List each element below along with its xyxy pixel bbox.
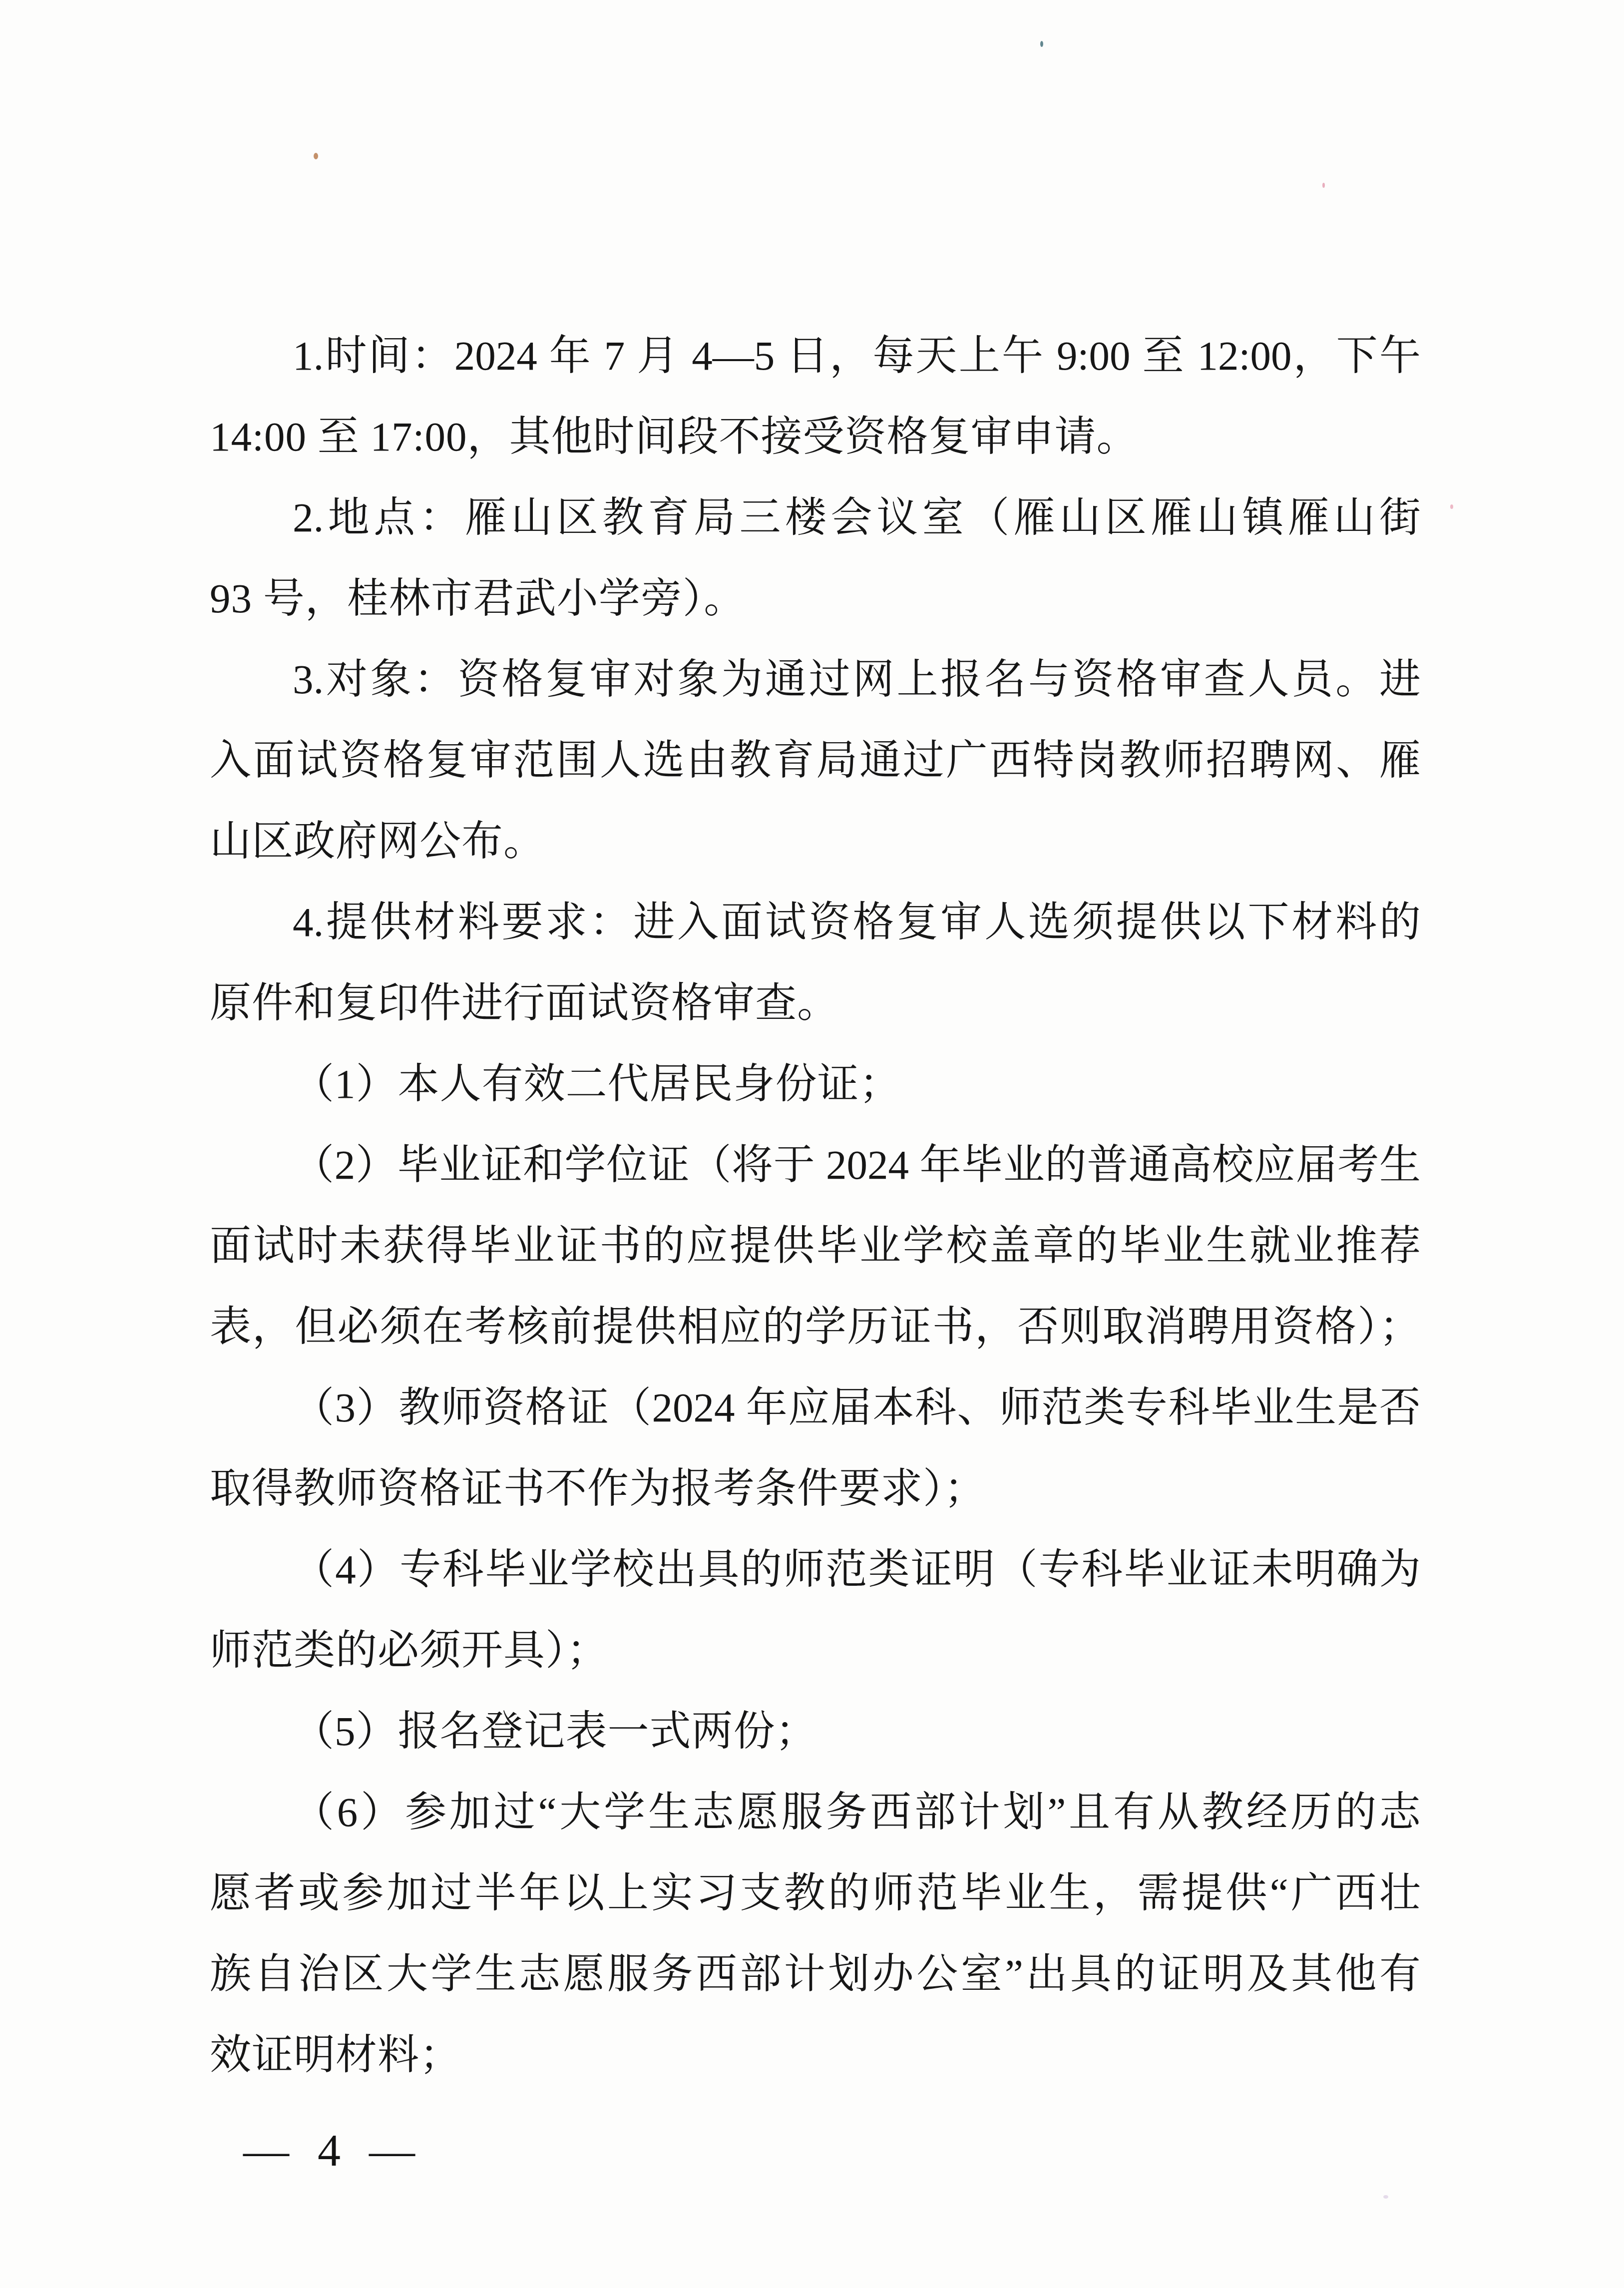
document-line: 族自治区大学生志愿服务西部计划办公室”出具的证明及其他有 <box>210 1933 1421 2014</box>
document-line: 2.地点：雁山区教育局三楼会议室（雁山区雁山镇雁山街 <box>210 477 1421 558</box>
document-line: 取得教师资格证书不作为报考条件要求）； <box>210 1448 1421 1529</box>
document-line: 93 号，桂林市君武小学旁）。 <box>210 558 1421 639</box>
document-line: 师范类的必须开具）； <box>210 1610 1421 1691</box>
document-line: 面试时未获得毕业证书的应提供毕业学校盖章的毕业生就业推荐 <box>210 1205 1421 1286</box>
document-line: （4）专科毕业学校出具的师范类证明（专科毕业证未明确为 <box>210 1529 1421 1610</box>
document-line: 3.对象：资格复审对象为通过网上报名与资格审查人员。进 <box>210 639 1421 720</box>
scan-speck <box>1383 2195 1388 2199</box>
scan-speck <box>1450 504 1453 509</box>
page-number: — 4 — <box>243 2120 417 2180</box>
document-line: 4.提供材料要求：进入面试资格复审人选须提供以下材料的 <box>210 882 1421 962</box>
document-line: 入面试资格复审范围人选由教育局通过广西特岗教师招聘网、雁 <box>210 720 1421 801</box>
document-line: 原件和复印件进行面试资格审查。 <box>210 962 1421 1043</box>
document-line: （3）教师资格证（2024 年应届本科、师范类专科毕业生是否 <box>210 1367 1421 1448</box>
document-line: （1）本人有效二代居民身份证； <box>210 1043 1421 1124</box>
document-line: 表，但必须在考核前提供相应的学历证书，否则取消聘用资格）； <box>210 1286 1421 1367</box>
document-line: 14:00 至 17:00，其他时间段不接受资格复审申请。 <box>210 396 1421 477</box>
scanned-document-page: 1.时间：2024 年 7 月 4—5 日，每天上午 9:00 至 12:00，… <box>0 0 1624 2288</box>
document-line: 效证明材料； <box>210 2014 1421 2095</box>
document-line: （6）参加过“大学生志愿服务西部计划”且有从教经历的志 <box>210 1772 1421 1852</box>
document-line: 山区政府网公布。 <box>210 801 1421 882</box>
scan-speck <box>1040 41 1043 47</box>
document-line: 1.时间：2024 年 7 月 4—5 日，每天上午 9:00 至 12:00，… <box>210 315 1421 396</box>
document-line: 愿者或参加过半年以上实习支教的师范毕业生，需提供“广西壮 <box>210 1852 1421 1933</box>
scan-speck <box>1322 183 1325 188</box>
document-line: （2）毕业证和学位证（将于 2024 年毕业的普通高校应届考生 <box>210 1124 1421 1205</box>
scan-speck <box>314 153 318 159</box>
document-line: （5）报名登记表一式两份； <box>210 1691 1421 1772</box>
document-body: 1.时间：2024 年 7 月 4—5 日，每天上午 9:00 至 12:00，… <box>210 315 1421 2095</box>
